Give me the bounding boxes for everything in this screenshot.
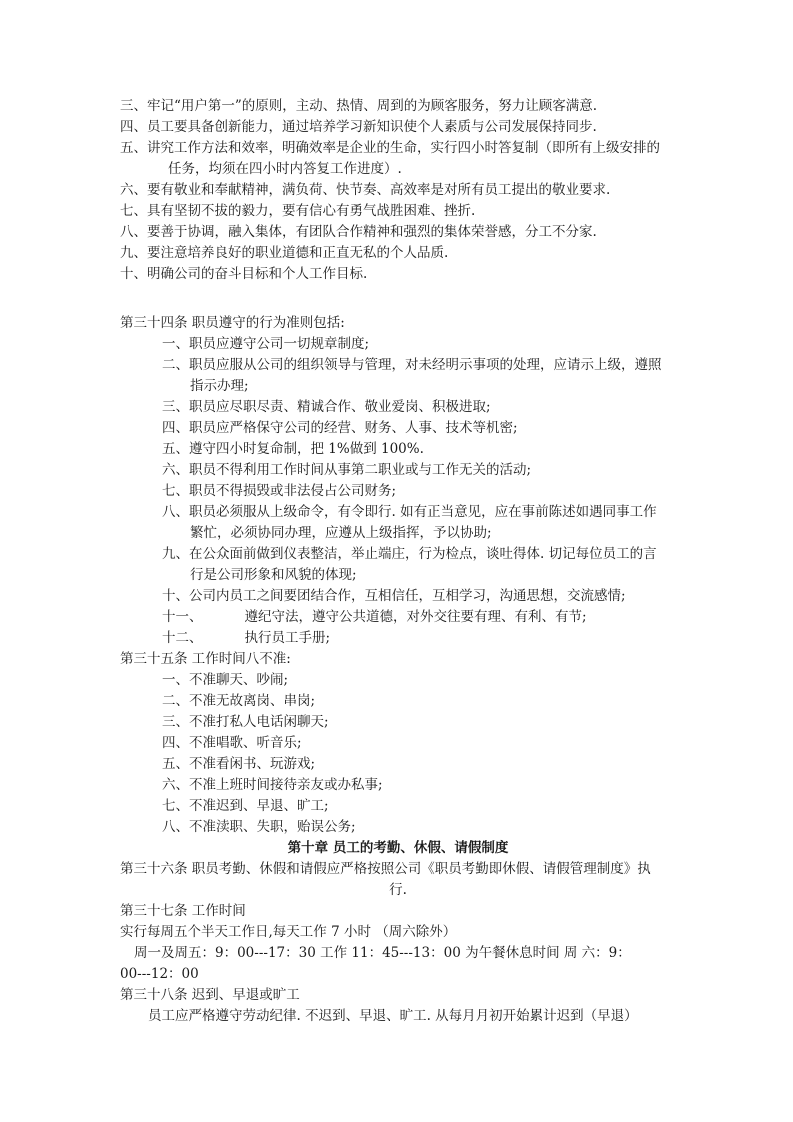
item-text: 不准打私人电话闲聊天; [189,714,329,730]
item-number: 十、 [120,266,147,282]
item-text: 遵纪守法，遵守公共道德，对外交往要有理、有利、有节; [245,609,587,625]
list-item: 六、职员不得利用工作时间从事第二职业或与工作无关的活动; [120,460,676,481]
item-number: 六、 [162,462,189,478]
list-item: 二、职员应服从公司的组织领导与管理，对未经明示事项的处理，应请示上级，遵照 [120,355,676,376]
list-item: 九、要注意培养良好的职业道德和正直无私的个人品质. [120,243,676,264]
article-text: 员工应严格遵守劳动纪律. 不迟到、早退、旷工. 从每月月初开始累计迟到（早退） [120,1006,676,1027]
list-item: 七、职员不得损毁或非法侵占公司财务; [120,481,676,502]
item-text: 职员应遵守公司一切规章制度; [189,336,369,352]
item-text: 具有坚韧不拔的毅力，要有信心有勇气战胜困难、挫折. [147,203,475,219]
item-number: 一、 [162,336,189,352]
principles-list: 三、牢记“用户第一”的原则，主动、热情、周到的为顾客服务，努力让顾客满意. 四、… [120,96,676,285]
list-item: 二、不准无故离岗、串岗; [120,691,676,712]
list-item: 四、不准唱歌、听音乐; [120,733,676,754]
list-item-continuation: 任务，均须在四小时内答复工作进度）. [120,159,676,180]
item-text: 公司内员工之间要团结合作，互相信任，互相学习，沟通思想，交流感情; [189,588,626,604]
article-heading: 第三十七条 工作时间 [120,901,676,922]
item-text: 不准看闲书、玩游戏; [189,756,315,772]
chapter-title: 第十章 员工的考勤、休假、请假制度 [120,838,676,859]
list-item: 七、具有坚韧不拔的毅力，要有信心有勇气战胜困难、挫折. [120,201,676,222]
item-number: 九、 [162,546,189,562]
article-text: 实行每周五个半天工作日,每天工作 7 小时 （周六除外） [120,922,676,943]
list-item: 三、不准打私人电话闲聊天; [120,712,676,733]
item-number: 五、 [162,756,189,772]
article-34: 第三十四条 职员遵守的行为准则包括: 一、职员应遵守公司一切规章制度; 二、职员… [120,313,676,649]
list-item: 十、明确公司的奋斗目标和个人工作目标. [120,264,676,285]
article-heading: 第三十五条 工作时间八不准: [120,649,676,670]
article-35: 第三十五条 工作时间八不准: 一、不准聊天、吵闹; 二、不准无故离岗、串岗; 三… [120,649,676,838]
item-number: 二、 [162,357,189,373]
item-text: 职员不得利用工作时间从事第二职业或与工作无关的活动; [189,462,531,478]
list-item: 九、在公众面前做到仪表整洁，举止端庄，行为检点，谈吐得体. 切记每位员工的言 [120,544,676,565]
article-text-continuation: 行. [120,880,676,901]
article-38: 第三十八条 迟到、早退或旷工 员工应严格遵守劳动纪律. 不迟到、早退、旷工. 从… [120,985,676,1027]
item-number: 四、 [162,735,189,751]
item-number: 八、 [120,224,147,240]
list-item-continuation: 繁忙，必须协同办理，应遵从上级指挥，予以协助; [120,523,676,544]
list-item: 三、职员应尽职尽责、精诚合作、敬业爱岗、积极进取; [120,397,676,418]
item-number: 五、 [120,140,147,156]
work-hours-text: 周一及周五：9：00---17：30 工作 11：45---13：00 为午餐休… [120,943,676,964]
item-text: 执行员工手册; [245,630,331,646]
item-text: 职员应服从公司的组织领导与管理，对未经明示事项的处理，应请示上级，遵照 [189,357,662,373]
item-text: 遵守四小时复命制，把 1%做到 100%. [189,441,424,457]
item-text: 职员不得损毁或非法侵占公司财务; [189,483,396,499]
list-item: 一、职员应遵守公司一切规章制度; [120,334,676,355]
list-item: 八、职员必须服从上级命令，有令即行. 如有正当意见，应在事前陈述如遇同事工作 [120,502,676,523]
item-number: 三、 [120,98,147,114]
item-text: 不准唱歌、听音乐; [189,735,302,751]
item-number: 十一、 [162,609,203,625]
list-item: 四、员工要具备创新能力，通过培养学习新知识使个人素质与公司发展保持同步. [120,117,676,138]
spacer [120,306,676,313]
list-item: 六、要有敬业和奉献精神，满负荷、快节奏、高效率是对所有员工提出的敬业要求. [120,180,676,201]
item-number: 七、 [120,203,147,219]
work-hours-text-continuation: 00---12：00 [120,964,676,985]
spacer [120,285,676,306]
item-text: 不准渎职、失职，贻误公务; [189,819,356,835]
item-text: 职员应尽职尽责、精诚合作、敬业爱岗、积极进取; [189,399,491,415]
item-number: 二、 [162,693,189,709]
item-text: 不准无故离岗、串岗; [189,693,315,709]
item-text: 要善于协调，融入集体，有团队合作精神和强烈的集体荣誉感，分工不分家. [147,224,597,240]
article-37: 第三十七条 工作时间 实行每周五个半天工作日,每天工作 7 小时 （周六除外） … [120,901,676,985]
item-text: 职员应严格保守公司的经营、财务、人事、技术等机密; [189,420,518,436]
article-heading: 第三十四条 职员遵守的行为准则包括: [120,313,676,334]
list-item: 十二、执行员工手册; [120,628,676,649]
list-item: 八、不准渎职、失职，贻误公务; [120,817,676,838]
item-text: 不准聊天、吵闹; [189,672,288,688]
item-number: 八、 [162,819,189,835]
article-text: 第三十六条 职员考勤、休假和请假应严格按照公司《职员考勤即休假、请假管理制度》执 [120,859,676,880]
document-page: 三、牢记“用户第一”的原则，主动、热情、周到的为顾客服务，努力让顾客满意. 四、… [120,96,676,1027]
item-number: 八、 [162,504,189,520]
item-number: 九、 [120,245,147,261]
item-text: 要有敬业和奉献精神，满负荷、快节奏、高效率是对所有员工提出的敬业要求. [147,182,610,198]
list-item: 十一、遵纪守法，遵守公共道德，对外交往要有理、有利、有节; [120,607,676,628]
list-item-continuation: 行是公司形象和风貌的体现; [120,565,676,586]
item-number: 三、 [162,714,189,730]
item-text: 讲究工作方法和效率，明确效率是企业的生命，实行四小时答复制（即所有上级安排的 [147,140,660,156]
list-item: 五、不准看闲书、玩游戏; [120,754,676,775]
article-heading: 第三十八条 迟到、早退或旷工 [120,985,676,1006]
item-number: 三、 [162,399,189,415]
item-text: 要注意培养良好的职业道德和正直无私的个人品质. [147,245,448,261]
list-item: 三、牢记“用户第一”的原则，主动、热情、周到的为顾客服务，努力让顾客满意. [120,96,676,117]
item-number: 六、 [162,777,189,793]
article-36: 第三十六条 职员考勤、休假和请假应严格按照公司《职员考勤即休假、请假管理制度》执… [120,859,676,901]
item-number: 十二、 [162,630,203,646]
list-item: 八、要善于协调，融入集体，有团队合作精神和强烈的集体荣誉感，分工不分家. [120,222,676,243]
item-text: 在公众面前做到仪表整洁，举止端庄，行为检点，谈吐得体. 切记每位员工的言 [189,546,657,562]
item-text: 员工要具备创新能力，通过培养学习新知识使个人素质与公司发展保持同步. [147,119,597,135]
list-item: 五、遵守四小时复命制，把 1%做到 100%. [120,439,676,460]
list-item: 十、公司内员工之间要团结合作，互相信任，互相学习，沟通思想，交流感情; [120,586,676,607]
list-item: 六、不准上班时间接待亲友或办私事; [120,775,676,796]
list-item: 五、讲究工作方法和效率，明确效率是企业的生命，实行四小时答复制（即所有上级安排的 [120,138,676,159]
item-number: 一、 [162,672,189,688]
item-number: 七、 [162,483,189,499]
item-text: 不准上班时间接待亲友或办私事; [189,777,383,793]
item-number: 六、 [120,182,147,198]
item-number: 四、 [162,420,189,436]
list-item-continuation: 指示办理; [120,376,676,397]
list-item: 七、不准迟到、早退、旷工; [120,796,676,817]
item-text: 职员必须服从上级命令，有令即行. 如有正当意见，应在事前陈述如遇同事工作 [189,504,657,520]
list-item: 四、职员应严格保守公司的经营、财务、人事、技术等机密; [120,418,676,439]
item-number: 四、 [120,119,147,135]
item-number: 七、 [162,798,189,814]
list-item: 一、不准聊天、吵闹; [120,670,676,691]
item-text: 不准迟到、早退、旷工; [189,798,329,814]
item-number: 十、 [162,588,189,604]
item-number: 五、 [162,441,189,457]
item-text: 牢记“用户第一”的原则，主动、热情、周到的为顾客服务，努力让顾客满意. [147,98,597,114]
item-text: 明确公司的奋斗目标和个人工作目标. [147,266,367,282]
